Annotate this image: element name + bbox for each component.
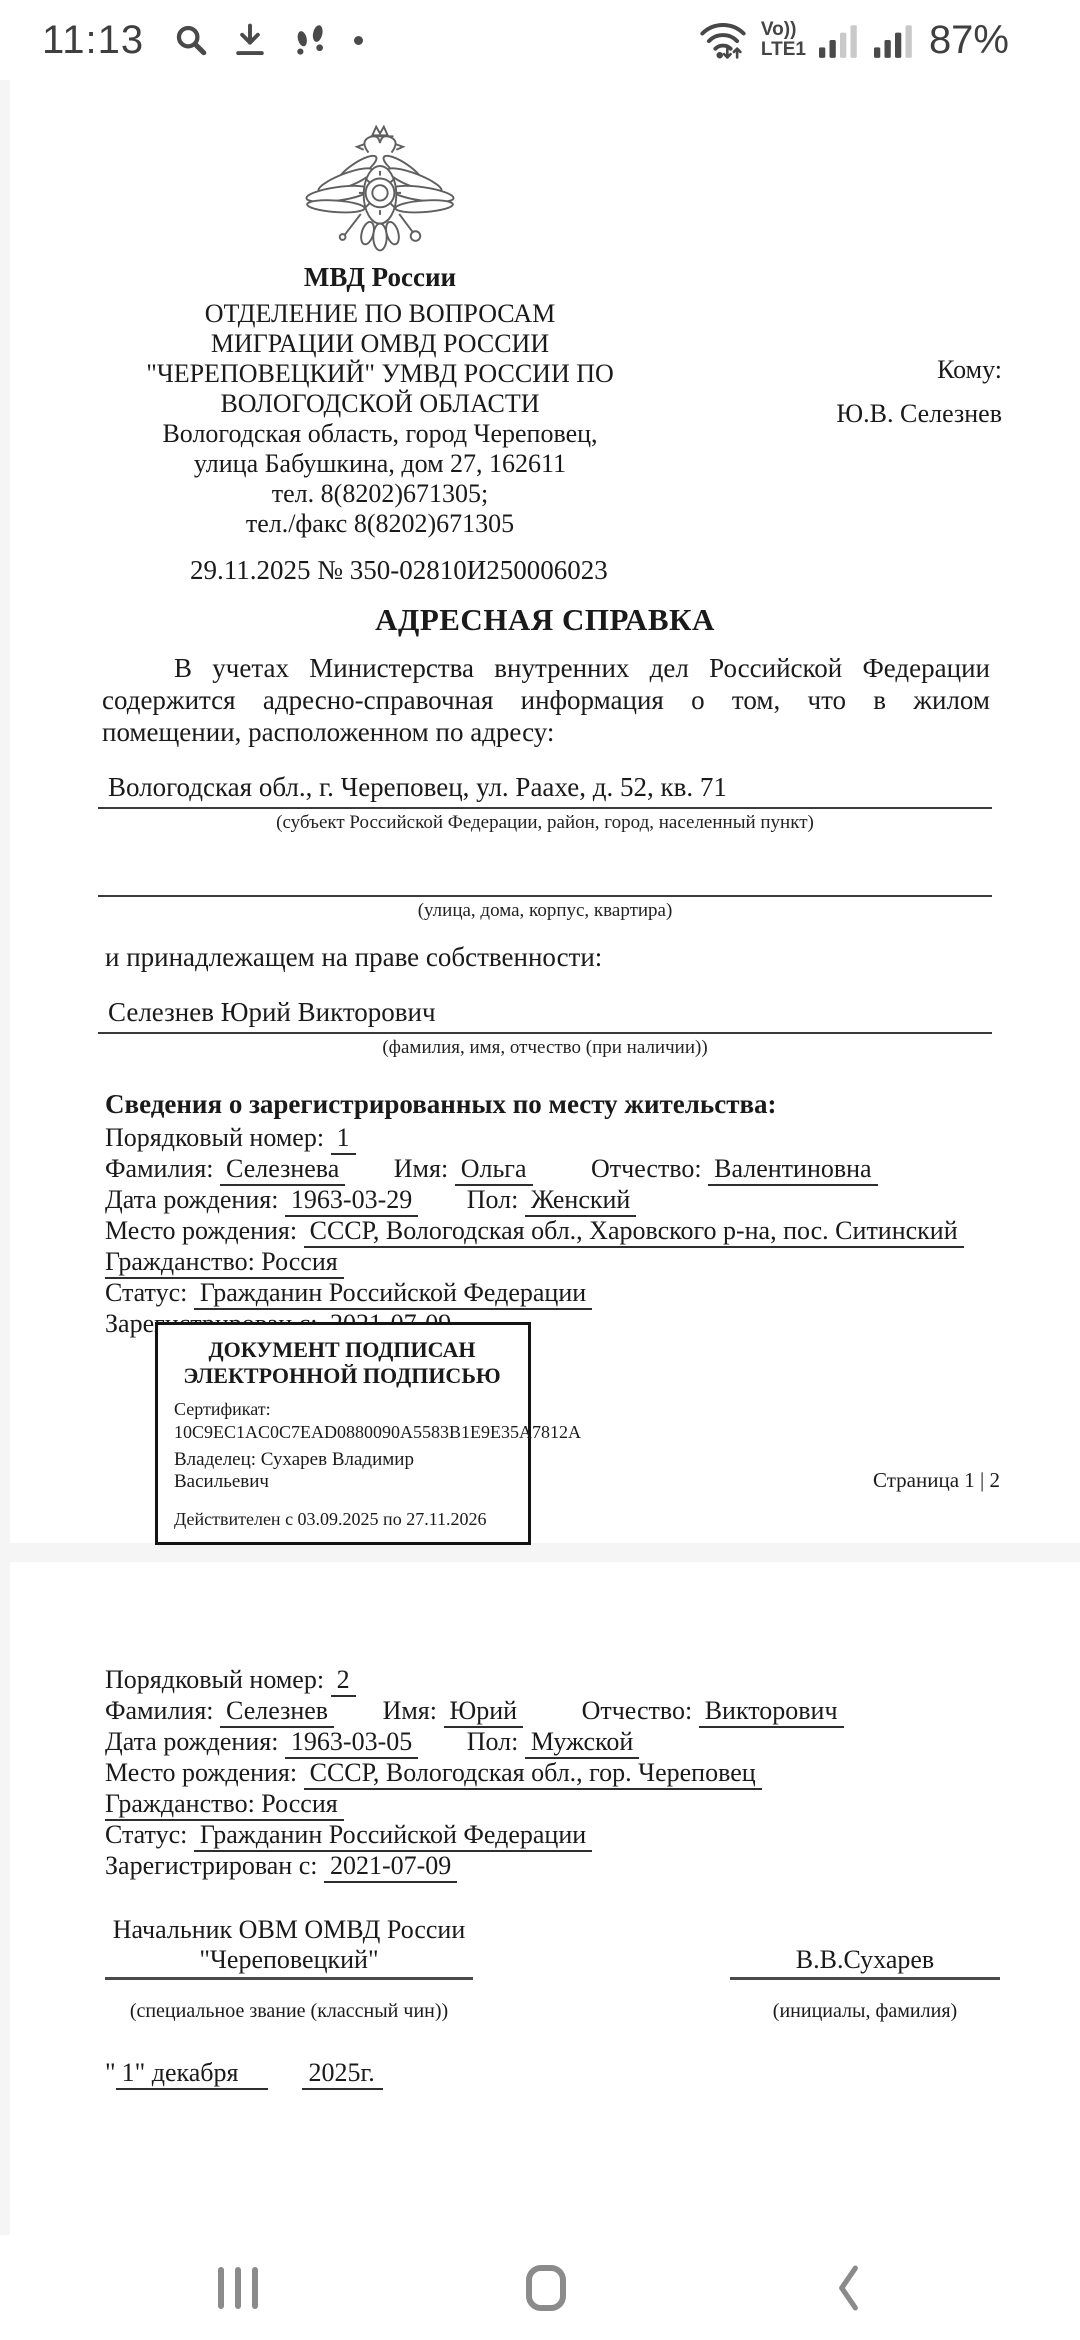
- home-icon[interactable]: [526, 2265, 566, 2311]
- digital-signature-stamp: ДОКУМЕНТ ПОДПИСАН ЭЛЕКТРОННОЙ ПОДПИСЬЮ С…: [155, 1322, 531, 1545]
- document-page-2[interactable]: Порядковый номер: 2 Фамилия: Селезнев Им…: [10, 1562, 1080, 2235]
- patronymic-label: Отчество:: [582, 1696, 693, 1725]
- signature-rule: [105, 1977, 473, 1980]
- to-label: Кому:: [836, 348, 1002, 392]
- doc-title: АДРЕСНАЯ СПРАВКА: [10, 602, 1080, 638]
- org-line: тел./факс 8(8202)671305: [135, 509, 625, 539]
- org-line: Вологодская область, город Череповец,: [135, 419, 625, 449]
- status-value: Гражданин Российской Федерации: [194, 1820, 592, 1852]
- seq-row: Порядковый номер: 1: [105, 1122, 1040, 1153]
- owner-name-field: Селезнев Юрий Викторович: [98, 997, 992, 1034]
- footprints-icon: [292, 22, 328, 58]
- dob-value: 1963-03-29: [285, 1185, 418, 1217]
- dob-value: 1963-03-05: [285, 1727, 418, 1759]
- name-value: Ольга: [455, 1154, 533, 1186]
- date-year: 2025г.: [302, 2058, 382, 2090]
- surname-label: Фамилия:: [105, 1154, 214, 1183]
- cert-value: 10C9EC1AC0C7EAD0880090A5583B1E9E35A7812A: [174, 1422, 510, 1443]
- sex-value: Женский: [525, 1185, 636, 1217]
- dob-label: Дата рождения:: [105, 1185, 278, 1214]
- birthplace-value: СССР, Вологодская обл., Харовского р-на,…: [304, 1216, 964, 1248]
- status-row: Статус: Гражданин Российской Федерации: [105, 1819, 1040, 1850]
- signal-bars-sim2-icon: [874, 21, 916, 59]
- pdf-viewer: МВД России ОТДЕЛЕНИЕ ПО ВОПРОСАМ МИГРАЦИ…: [0, 80, 1080, 2235]
- intro-paragraph: В учетах Министерства внутренних дел Рос…: [102, 652, 990, 748]
- signatory-role-block: Начальник ОВМ ОМВД России "Череповецкий"…: [105, 1915, 473, 2026]
- name-label: Имя:: [383, 1696, 437, 1725]
- patronymic-value: Викторович: [699, 1696, 844, 1728]
- document-page-1[interactable]: МВД России ОТДЕЛЕНИЕ ПО ВОПРОСАМ МИГРАЦИ…: [10, 80, 1080, 1543]
- signal-bars-sim1-icon: [819, 21, 861, 59]
- patronymic-label: Отчество:: [591, 1154, 702, 1183]
- ownership-intro: и принадлежащем на праве собственности:: [105, 942, 990, 973]
- navigation-bar: [0, 2235, 1080, 2340]
- org-line: ОТДЕЛЕНИЕ ПО ВОПРОСАМ: [135, 299, 625, 329]
- recents-icon[interactable]: [218, 2267, 258, 2309]
- status-label: Статус:: [105, 1278, 187, 1307]
- wifi-icon: [698, 19, 748, 61]
- birthplace-label: Место рождения:: [105, 1758, 297, 1787]
- resident-1-record: Порядковый номер: 1 Фамилия: Селезнева И…: [105, 1122, 1040, 1339]
- registered-value: 2021-07-09: [324, 1851, 457, 1883]
- sex-value: Мужской: [525, 1727, 639, 1759]
- battery-percent: 87%: [929, 18, 1009, 63]
- patronymic-value: Валентиновна: [708, 1154, 877, 1186]
- registered-label: Зарегистрирован с:: [105, 1851, 317, 1880]
- signature-rule: [730, 1977, 1000, 1980]
- signatory-role-line1: Начальник ОВМ ОМВД России: [105, 1915, 473, 1945]
- seq-label: Порядковый номер:: [105, 1665, 324, 1694]
- stamp-validity-line: Действителен с 03.09.2025 по 27.11.2026: [174, 1509, 510, 1530]
- fio-row: Фамилия: Селезнева Имя: Ольга Отчество: …: [105, 1153, 1040, 1184]
- name-caption: (инициалы, фамилия): [730, 1996, 1000, 2026]
- dob-row: Дата рождения: 1963-03-05 Пол: Мужской: [105, 1726, 1040, 1757]
- registered-row: Зарегистрирован с: 2021-07-09: [105, 1850, 1040, 1881]
- to-name: Ю.В. Селезнев: [836, 392, 1002, 436]
- seq-value: 2: [331, 1665, 356, 1697]
- cert-label: Сертификат:: [174, 1399, 510, 1420]
- seq-row: Порядковый номер: 2: [105, 1664, 1040, 1695]
- org-line: "ЧЕРЕПОВЕЦКИЙ" УМВД РОССИИ ПО: [135, 359, 625, 389]
- emblem-caption: МВД России: [135, 262, 625, 293]
- clock: 11:13: [42, 18, 144, 63]
- status-row: Статус: Гражданин Российской Федерации: [105, 1277, 1040, 1308]
- status-bar: 11:13: [0, 0, 1080, 80]
- org-address-lines: ОТДЕЛЕНИЕ ПО ВОПРОСАМ МИГРАЦИИ ОМВД РОСС…: [135, 299, 625, 539]
- search-icon: [174, 23, 208, 57]
- sex-label: Пол:: [467, 1727, 519, 1756]
- birthplace-value: СССР, Вологодская обл., гор. Череповец: [304, 1758, 762, 1790]
- signatory-name: В.В.Сухарев: [730, 1945, 1000, 1975]
- page-indicator: Страница 1 | 2: [873, 1468, 1000, 1493]
- surname-value: Селезнева: [220, 1154, 345, 1186]
- street-field-blank: [98, 860, 992, 897]
- surname-label: Фамилия:: [105, 1696, 214, 1725]
- citizenship-row: Гражданство: Россия: [105, 1246, 1040, 1277]
- signature-section: Начальник ОВМ ОМВД России "Череповецкий"…: [105, 1915, 1000, 2026]
- dob-row: Дата рождения: 1963-03-29 Пол: Женский: [105, 1184, 1040, 1215]
- citizenship-row: Гражданство: Россия: [105, 1788, 1040, 1819]
- status-label: Статус:: [105, 1820, 187, 1849]
- notification-dot: [354, 36, 363, 45]
- mvd-emblem-icon: [135, 120, 625, 260]
- org-line: МИГРАЦИИ ОМВД РОССИИ: [135, 329, 625, 359]
- address-field: Вологодская обл., г. Череповец, ул. Раах…: [98, 772, 992, 809]
- org-line: улица Бабушкина, дом 27, 162611: [135, 449, 625, 479]
- volte-label: Vo)) LTE1: [761, 20, 806, 60]
- volte-bottom: LTE1: [761, 39, 806, 60]
- signatory-role-line2: "Череповецкий": [105, 1945, 473, 1975]
- name-label: Имя:: [394, 1154, 448, 1183]
- page-separator: [0, 1543, 1080, 1562]
- birthplace-label: Место рождения:: [105, 1216, 297, 1245]
- citizenship-line: Гражданство: Россия: [105, 1789, 344, 1821]
- stamp-title-line2: ЭЛЕКТРОННОЙ ПОДПИСЬЮ: [174, 1363, 510, 1389]
- seq-label: Порядковый номер:: [105, 1123, 324, 1152]
- owner-caption: (фамилия, имя, отчество (при наличии)): [98, 1037, 992, 1059]
- status-value: Гражданин Российской Федерации: [194, 1278, 592, 1310]
- battery-icon: [1024, 20, 1054, 60]
- date-open-quote: ": [105, 2058, 116, 2087]
- download-icon: [234, 23, 266, 57]
- resident-2-record: Порядковый номер: 2 Фамилия: Селезнев Им…: [105, 1664, 1040, 1881]
- org-line: тел. 8(8202)671305;: [135, 479, 625, 509]
- issuer-block: МВД России ОТДЕЛЕНИЕ ПО ВОПРОСАМ МИГРАЦИ…: [135, 120, 625, 539]
- street-caption: (улица, дома, корпус, квартира): [98, 900, 992, 922]
- volte-top: Vo)): [761, 19, 797, 40]
- doc-date-number: 29.11.2025 № 350-02810И250006023: [10, 555, 1080, 586]
- birthplace-row: Место рождения: СССР, Вологодская обл., …: [105, 1757, 1040, 1788]
- address-caption: (субъект Российской Федерации, район, го…: [98, 812, 992, 834]
- stamp-owner-line: Владелец: Сухарев Владимир Васильевич: [174, 1449, 510, 1493]
- addressee-block: Кому: Ю.В. Селезнев: [836, 120, 1080, 539]
- seq-value: 1: [331, 1123, 356, 1155]
- issue-date-line: "1" декабря2025г.: [105, 2058, 1080, 2088]
- org-line: ВОЛОГОДСКОЙ ОБЛАСТИ: [135, 389, 625, 419]
- sex-label: Пол:: [467, 1185, 519, 1214]
- dob-label: Дата рождения:: [105, 1727, 278, 1756]
- name-value: Юрий: [444, 1696, 524, 1728]
- role-caption: (специальное звание (классный чин)): [105, 1996, 473, 2026]
- citizenship-line: Гражданство: Россия: [105, 1247, 344, 1279]
- residents-heading: Сведения о зарегистрированных по месту ж…: [105, 1089, 990, 1120]
- surname-value: Селезнев: [220, 1696, 334, 1728]
- back-icon[interactable]: [834, 2264, 862, 2312]
- date-day-month: 1" декабря: [116, 2058, 269, 2090]
- signatory-name-block: В.В.Сухарев (инициалы, фамилия): [730, 1915, 1000, 2026]
- fio-row: Фамилия: Селезнев Имя: Юрий Отчество: Ви…: [105, 1695, 1040, 1726]
- birthplace-row: Место рождения: СССР, Вологодская обл., …: [105, 1215, 1040, 1246]
- stamp-title-line1: ДОКУМЕНТ ПОДПИСАН: [174, 1337, 510, 1363]
